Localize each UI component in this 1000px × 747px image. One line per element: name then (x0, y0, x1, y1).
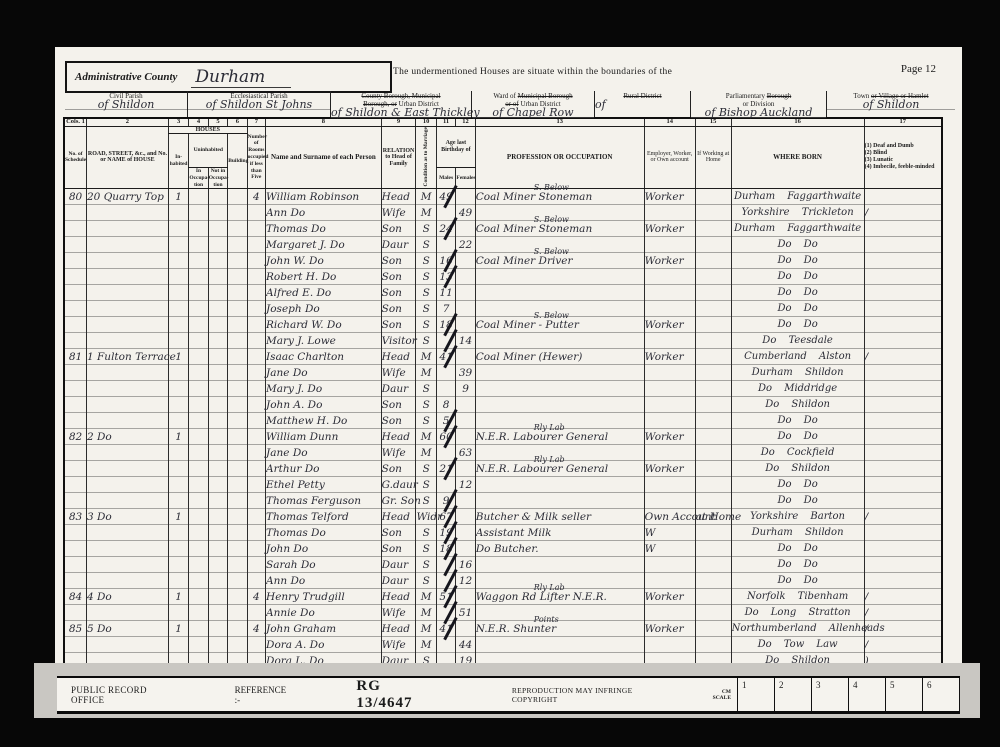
cell-where-born: Durham Faggarthwaite (731, 221, 864, 237)
rural-district-cell: Rural District of (594, 91, 690, 117)
cell-relation: Son (381, 413, 416, 429)
cell-building (228, 509, 247, 525)
cell-relation: Son (381, 397, 416, 413)
cell-relation: Visitor (381, 333, 416, 349)
cell-where-born: Do Do (731, 237, 864, 253)
col-inhabited-header: In-habited (168, 134, 188, 189)
cell-employer: Worker (644, 461, 695, 477)
cell-uninhabited-notocc (208, 493, 227, 509)
cell-condition: M (416, 349, 436, 365)
cell-age-male: 11 (436, 285, 455, 301)
cell-condition: S (416, 381, 436, 397)
cell-infirmity (864, 525, 942, 541)
cell-uninhabited-occ (189, 349, 208, 365)
cell-occupation (475, 477, 644, 493)
cell-schedule-no (64, 317, 87, 333)
table-row: Mary J. LoweVisitorS14Do Teesdale (64, 333, 942, 349)
cell-schedule-no (64, 333, 87, 349)
cell-building (228, 573, 247, 589)
cell-infirmity (864, 397, 942, 413)
cell-inhabited (168, 365, 188, 381)
cell-inhabited (168, 413, 188, 429)
cell-relation: Son (381, 301, 416, 317)
cell-schedule-no (64, 301, 87, 317)
cell-infirmity: / (864, 509, 942, 525)
cell-age-female (456, 509, 475, 525)
cell-road (87, 413, 169, 429)
cell-name: Mary J. Do (266, 381, 382, 397)
cell-rooms (247, 221, 265, 237)
cell-building (228, 381, 247, 397)
scale-label: SCALE (713, 695, 731, 701)
cell-at-home (695, 221, 731, 237)
cell-condition: S (416, 525, 436, 541)
cell-condition: M (416, 445, 436, 461)
cell-uninhabited-notocc (208, 637, 227, 653)
table-row: Robert H. DoSonS13Do Do (64, 269, 942, 285)
cell-where-born: Do Shildon (731, 397, 864, 413)
cell-age-female (456, 493, 475, 509)
census-table-head: Cols. 1234567891011121314151617 No. of S… (64, 118, 942, 189)
cell-employer: Worker (644, 317, 695, 333)
column-number: 14 (644, 118, 695, 126)
cell-at-home: at Home (695, 509, 731, 525)
cell-at-home (695, 365, 731, 381)
cell-road (87, 317, 169, 333)
column-number: 10 (416, 118, 436, 126)
cell-uninhabited-notocc (208, 301, 227, 317)
cell-uninhabited-notocc (208, 605, 227, 621)
cell-rooms (247, 317, 265, 333)
cell-age-female (456, 301, 475, 317)
cell-occupation: PointsN.E.R. Shunter (475, 621, 644, 637)
cell-relation: Head (381, 429, 416, 445)
cell-inhabited: 1 (168, 429, 188, 445)
urban-district-value: of Shildon & East Thickley (331, 109, 471, 118)
cell-infirmity (864, 573, 942, 589)
column-number: 16 (731, 118, 864, 126)
form-header: Administrative County Durham The underme… (55, 47, 962, 117)
cell-name: Joseph Do (266, 301, 382, 317)
col-notoccupation-header: Not in Occupa-tion (208, 168, 227, 189)
cell-infirmity: / (864, 605, 942, 621)
cell-condition: S (416, 333, 436, 349)
cell-age-female (456, 413, 475, 429)
cell-inhabited: 1 (168, 349, 188, 365)
col-uninhabited-header: Uninhabited (189, 134, 228, 168)
cell-schedule-no (64, 285, 87, 301)
cell-occupation (475, 557, 644, 573)
cell-building (228, 525, 247, 541)
cell-inhabited (168, 205, 188, 221)
cell-road (87, 573, 169, 589)
col-condition-header: Condition as to Marriage (416, 126, 436, 189)
cell-infirmity (864, 413, 942, 429)
cell-rooms (247, 541, 265, 557)
cell-at-home (695, 189, 731, 205)
cell-rooms (247, 509, 265, 525)
cell-road (87, 269, 169, 285)
cell-at-home (695, 269, 731, 285)
cell-relation: Head (381, 349, 416, 365)
cell-age-female: 22 (456, 237, 475, 253)
cell-building (228, 541, 247, 557)
cell-relation: Son (381, 525, 416, 541)
cell-rooms (247, 557, 265, 573)
table-row: Matthew H. DoSonS5Do Do (64, 413, 942, 429)
cell-occupation: S. BelowCoal Miner Driver (475, 253, 644, 269)
cell-uninhabited-notocc (208, 477, 227, 493)
table-row: Joseph DoSonS7Do Do (64, 301, 942, 317)
cell-age-female (456, 253, 475, 269)
cell-schedule-no (64, 461, 87, 477)
cell-age-female (456, 285, 475, 301)
cell-condition: M (416, 429, 436, 445)
occupation-annotation: S. Below (534, 247, 569, 256)
rural-district-value: of (595, 101, 690, 109)
cell-condition: S (416, 557, 436, 573)
cell-relation: Son (381, 285, 416, 301)
cell-relation: Head (381, 189, 416, 205)
table-row: Dora A. DoWifeM44Do Tow Law/ (64, 637, 942, 653)
cell-name: Jane Do (266, 445, 382, 461)
cell-occupation: Rly LabN.E.R. Labourer General (475, 461, 644, 477)
cell-building (228, 589, 247, 605)
cell-where-born: Durham Shildon (731, 365, 864, 381)
cell-building (228, 349, 247, 365)
cell-road (87, 301, 169, 317)
cell-uninhabited-notocc (208, 365, 227, 381)
cell-at-home (695, 637, 731, 653)
cell-schedule-no: 83 (64, 509, 87, 525)
cell-at-home (695, 589, 731, 605)
cell-age-female: 12 (456, 477, 475, 493)
table-row: Thomas DoSonS24S. BelowCoal Miner Stonem… (64, 221, 942, 237)
cell-road (87, 365, 169, 381)
cell-road (87, 541, 169, 557)
cell-occupation: Butcher & Milk seller (475, 509, 644, 525)
cell-building (228, 205, 247, 221)
administrative-county-label: Administrative County (75, 71, 177, 83)
cell-at-home (695, 317, 731, 333)
ruler-tick: 5 (886, 678, 923, 711)
cell-where-born: Norfolk Tibenham (731, 589, 864, 605)
cell-employer (644, 397, 695, 413)
cell-uninhabited-occ (189, 509, 208, 525)
cell-schedule-no (64, 525, 87, 541)
cell-infirmity: / (864, 621, 942, 637)
cell-infirmity (864, 541, 942, 557)
cell-uninhabited-notocc (208, 397, 227, 413)
cell-uninhabited-notocc (208, 189, 227, 205)
cell-uninhabited-occ (189, 445, 208, 461)
cell-building (228, 413, 247, 429)
cell-road: 4 Do (87, 589, 169, 605)
cell-age-female: 49 (456, 205, 475, 221)
parliamentary-plain1: Parliamentary (726, 92, 767, 100)
cell-uninhabited-notocc (208, 269, 227, 285)
cell-rooms (247, 493, 265, 509)
cell-inhabited (168, 285, 188, 301)
col-houses-header: HOUSES (168, 126, 247, 134)
cell-name: Robert H. Do (266, 269, 382, 285)
table-row: Mary J. DoDaurS9Do Middridge (64, 381, 942, 397)
cell-relation: Daur (381, 573, 416, 589)
ward-struck1: Municipal Borough (518, 92, 573, 100)
column-number: 2 (87, 118, 169, 126)
cell-infirmity (864, 429, 942, 445)
cell-uninhabited-notocc (208, 589, 227, 605)
cell-relation: Daur (381, 557, 416, 573)
cell-employer: W (644, 541, 695, 557)
cell-age-male (436, 381, 455, 397)
cell-uninhabited-occ (189, 477, 208, 493)
cell-relation: Daur (381, 381, 416, 397)
cell-condition: S (416, 461, 436, 477)
cell-relation: Head (381, 509, 416, 525)
cell-uninhabited-notocc (208, 413, 227, 429)
cell-uninhabited-notocc (208, 557, 227, 573)
table-row: Jane DoWifeM63Do Cockfield (64, 445, 942, 461)
cell-building (228, 477, 247, 493)
cell-condition: S (416, 285, 436, 301)
cell-schedule-no (64, 477, 87, 493)
civil-parish-cell: Civil Parish of Shildon (65, 91, 187, 117)
cell-employer (644, 557, 695, 573)
cell-building (228, 429, 247, 445)
cell-inhabited (168, 317, 188, 333)
administrative-county-box: Administrative County Durham (65, 61, 392, 93)
cell-employer: Worker (644, 349, 695, 365)
cell-occupation: Do Butcher. (475, 541, 644, 557)
cell-occupation (475, 365, 644, 381)
cell-infirmity: / (864, 637, 942, 653)
cell-occupation (475, 285, 644, 301)
situate-statement: The undermentioned Houses are situate wi… (393, 67, 813, 77)
cell-age-female (456, 349, 475, 365)
cell-at-home (695, 429, 731, 445)
cell-inhabited (168, 541, 188, 557)
cell-uninhabited-notocc (208, 221, 227, 237)
cell-infirmity: / (864, 589, 942, 605)
cell-employer (644, 493, 695, 509)
cell-inhabited (168, 301, 188, 317)
cell-age-female (456, 429, 475, 445)
column-number: 12 (456, 118, 475, 126)
cell-occupation (475, 381, 644, 397)
cell-road (87, 221, 169, 237)
cell-name: John W. Do (266, 253, 382, 269)
cell-rooms (247, 477, 265, 493)
cell-rooms (247, 397, 265, 413)
cell-where-born: Do Middridge (731, 381, 864, 397)
cell-age-female: 12 (456, 573, 475, 589)
cell-condition: S (416, 413, 436, 429)
pro-office-label: PUBLIC RECORD OFFICE (71, 685, 173, 705)
cell-rooms (247, 429, 265, 445)
cell-where-born: Do Tow Law (731, 637, 864, 653)
cell-uninhabited-occ (189, 429, 208, 445)
ruler-tick: 4 (849, 678, 886, 711)
cell-where-born: Durham Shildon (731, 525, 864, 541)
cell-name: John Graham (266, 621, 382, 637)
cm-scale-label: CM SCALE (713, 689, 731, 701)
cell-uninhabited-notocc (208, 237, 227, 253)
cell-condition: S (416, 317, 436, 333)
cell-occupation: Coal Miner (Hewer) (475, 349, 644, 365)
cell-rooms (247, 445, 265, 461)
cell-at-home (695, 541, 731, 557)
cell-uninhabited-occ (189, 573, 208, 589)
cell-rooms (247, 333, 265, 349)
cell-age-female (456, 317, 475, 333)
cell-condition: S (416, 493, 436, 509)
cell-name: Thomas Ferguson (266, 493, 382, 509)
ecclesiastical-parish-cell: Ecclesiastical Parish of Shildon St John… (187, 91, 330, 117)
col-relation-header: RELATION to Head of Family (381, 126, 416, 189)
cell-infirmity (864, 189, 942, 205)
cell-condition: M (416, 365, 436, 381)
cell-relation: Son (381, 221, 416, 237)
cell-uninhabited-occ (189, 381, 208, 397)
cell-age-female (456, 269, 475, 285)
cell-schedule-no: 84 (64, 589, 87, 605)
cell-inhabited (168, 557, 188, 573)
table-row: 833 Do1Thomas TelfordHeadWidr67Butcher &… (64, 509, 942, 525)
cell-schedule-no (64, 381, 87, 397)
cell-relation: Wife (381, 637, 416, 653)
rural-district-struck: Rural District (623, 92, 661, 100)
cell-relation: Wife (381, 205, 416, 221)
cell-employer (644, 637, 695, 653)
col-home-header: If Working at Home (695, 126, 731, 189)
cell-schedule-no (64, 605, 87, 621)
column-number: 7 (247, 118, 265, 126)
page-number: Page 12 (901, 63, 936, 75)
cell-schedule-no: 85 (64, 621, 87, 637)
col-males-header: Males (436, 168, 455, 189)
cell-at-home (695, 381, 731, 397)
cell-employer (644, 301, 695, 317)
cell-name: Matthew H. Do (266, 413, 382, 429)
cell-inhabited (168, 269, 188, 285)
cell-where-born: Do Do (731, 317, 864, 333)
occupation-annotation: Rly Lab (534, 583, 565, 592)
cell-occupation: Rly LabN.E.R. Labourer General (475, 429, 644, 445)
cell-uninhabited-occ (189, 253, 208, 269)
occupation-annotation: Rly Lab (534, 455, 565, 464)
public-record-office-bar: PUBLIC RECORD OFFICE REFERENCE :- RG 13/… (57, 676, 960, 714)
cell-inhabited (168, 605, 188, 621)
cell-road (87, 557, 169, 573)
ward-cell: Ward of Municipal Borough or of Urban Di… (471, 91, 594, 117)
col-road-header: ROAD, STREET, &c., and No. or NAME of HO… (87, 126, 169, 189)
ruler-tick: 1 (738, 678, 775, 711)
cell-building (228, 493, 247, 509)
cell-road (87, 525, 169, 541)
cell-condition: S (416, 221, 436, 237)
cell-inhabited (168, 445, 188, 461)
cell-age-female: 16 (456, 557, 475, 573)
cell-where-born: Do Do (731, 301, 864, 317)
cell-uninhabited-notocc (208, 461, 227, 477)
reference-label: REFERENCE :- (235, 685, 289, 705)
cell-inhabited: 1 (168, 189, 188, 205)
cell-where-born: Do Do (731, 557, 864, 573)
cell-infirmity (864, 493, 942, 509)
cell-uninhabited-notocc (208, 525, 227, 541)
cell-age-female (456, 189, 475, 205)
table-row: 822 Do1William DunnHeadM60Rly LabN.E.R. … (64, 429, 942, 445)
occupation-annotation: Rly Lab (534, 423, 565, 432)
cell-condition: S (416, 253, 436, 269)
cell-employer: W (644, 525, 695, 541)
cell-schedule-no: 81 (64, 349, 87, 365)
cell-where-born: Cumberland Alston (731, 349, 864, 365)
cell-employer (644, 237, 695, 253)
table-row: Ann DoDaurS12Do Do (64, 573, 942, 589)
ruler-tick: 3 (812, 678, 849, 711)
cell-uninhabited-occ (189, 237, 208, 253)
cell-building (228, 221, 247, 237)
cell-condition: S (416, 397, 436, 413)
cell-employer: Worker (644, 621, 695, 637)
cell-rooms (247, 365, 265, 381)
parish-row: Civil Parish of Shildon Ecclesiastical P… (65, 91, 954, 117)
cell-at-home (695, 349, 731, 365)
column-number: 11 (436, 118, 455, 126)
cell-inhabited (168, 525, 188, 541)
cell-employer: Worker (644, 189, 695, 205)
cell-building (228, 397, 247, 413)
cell-occupation (475, 605, 644, 621)
cell-age-female (456, 397, 475, 413)
cell-at-home (695, 397, 731, 413)
cell-name: Ethel Petty (266, 477, 382, 493)
cell-schedule-no (64, 637, 87, 653)
ruler-tick: 6 (923, 678, 960, 711)
occupation-annotation: Points (534, 615, 559, 624)
cell-uninhabited-occ (189, 413, 208, 429)
cell-rooms (247, 349, 265, 365)
cell-at-home (695, 445, 731, 461)
column-number: 3 (168, 118, 188, 126)
col-rooms-header: Number of Rooms occupied if less than Fi… (247, 126, 265, 189)
cell-relation: G.daur (381, 477, 416, 493)
cell-at-home (695, 413, 731, 429)
cell-name: Ann Do (266, 205, 382, 221)
cell-rooms (247, 237, 265, 253)
table-row: Arthur DoSonS21Rly LabN.E.R. Labourer Ge… (64, 461, 942, 477)
cell-where-born: Durham Faggarthwaite (731, 189, 864, 205)
cell-road (87, 285, 169, 301)
table-row: Jane DoWifeM39Durham Shildon (64, 365, 942, 381)
cell-age-female: 9 (456, 381, 475, 397)
cell-name: Sarah Do (266, 557, 382, 573)
cell-uninhabited-notocc (208, 509, 227, 525)
cell-occupation (475, 397, 644, 413)
column-number: Cols. 1 (64, 118, 87, 126)
cell-schedule-no (64, 413, 87, 429)
cell-road: 1 Fulton Terrace (87, 349, 169, 365)
cell-name: Dora A. Do (266, 637, 382, 653)
cell-uninhabited-notocc (208, 381, 227, 397)
cell-uninhabited-notocc (208, 333, 227, 349)
cell-road (87, 333, 169, 349)
reference-number: RG 13/4647 (356, 678, 433, 712)
cell-rooms (247, 573, 265, 589)
cell-building (228, 605, 247, 621)
